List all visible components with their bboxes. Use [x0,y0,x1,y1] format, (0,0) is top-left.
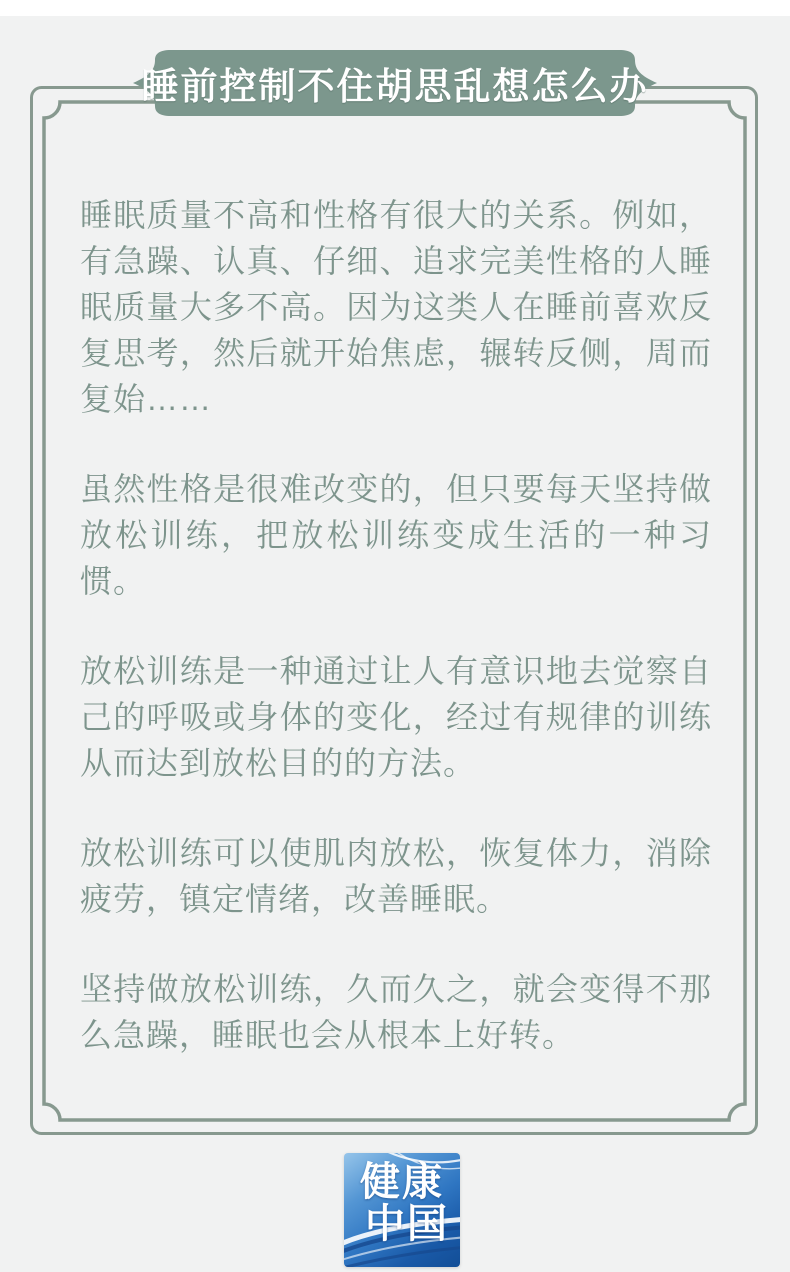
paragraph-1: 睡眠质量不高和性格有很大的关系。例如，有急躁、认真、仔细、追求完美性格的人睡眠质… [80,192,712,422]
logo-text-line1: 健康 [360,1159,444,1205]
article: 睡眠质量不高和性格有很大的关系。例如，有急躁、认真、仔细、追求完美性格的人睡眠质… [80,192,712,1102]
paragraph-5: 坚持做放松训练，久而久之，就会变得不那么急躁，睡眠也会从根本上好转。 [80,966,712,1058]
page-title: 睡前控制不住胡思乱想怎么办 [133,48,657,118]
title-banner: 睡前控制不住胡思乱想怎么办 [133,48,657,118]
paragraph-3: 放松训练是一种通过让人有意识地去觉察自己的呼吸或身体的变化，经过有规律的训练从而… [80,648,712,786]
healthy-china-logo: 健康 中国 [344,1153,460,1267]
paragraph-4: 放松训练可以使肌肉放松，恢复体力，消除疲劳，镇定情绪，改善睡眠。 [80,830,712,922]
logo-text-line2: 中国 [355,1201,449,1247]
paragraph-2: 虽然性格是很难改变的，但只要每天坚持做放松训练，把放松训练变成生活的一种习惯。 [80,466,712,604]
logo-text: 健康 中国 [344,1159,460,1247]
